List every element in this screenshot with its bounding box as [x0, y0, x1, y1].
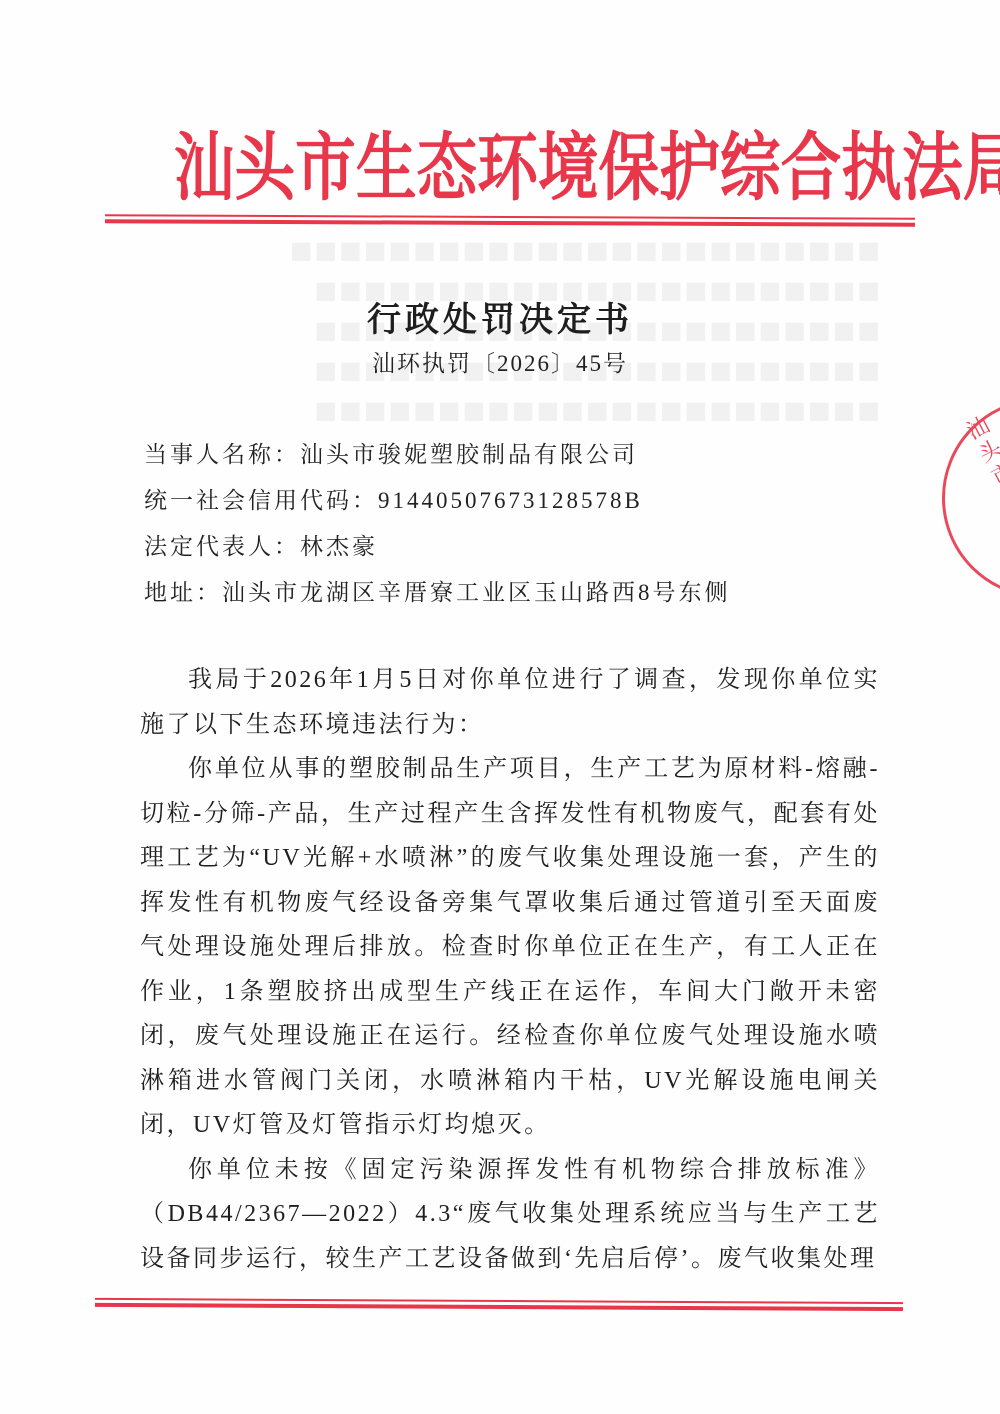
- body-paragraph: 你单位从事的塑胶制品生产项目，生产工艺为原材料-熔融-切粒-分筛-产品，生产过程…: [140, 747, 880, 1148]
- footer-divider: [95, 1298, 903, 1302]
- document-title: 行政处罚决定书: [0, 292, 1000, 341]
- document-page: ■■■■■■■■■■■■■■■■■■■■■■■■■■■■■■■■■■■■■■■■…: [0, 0, 1000, 1414]
- divider-thick-line: [105, 219, 915, 227]
- party-info: 当事人名称：汕头市骏妮塑胶制品有限公司 统一社会信用代码：91440507673…: [144, 432, 864, 616]
- credit-code-value: 91440507673128578B: [378, 488, 643, 513]
- address-label: 地址：: [144, 580, 222, 605]
- party-name-value: 汕头市骏妮塑胶制品有限公司: [300, 442, 638, 467]
- agency-letterhead: 汕头市生态环境保护综合执法局: [174, 118, 846, 218]
- legal-rep-value: 林杰豪: [300, 534, 378, 559]
- credit-code-label: 统一社会信用代码：: [144, 488, 378, 513]
- document-number: 汕环执罚〔2026〕45号: [0, 345, 1000, 378]
- address-row: 地址：汕头市龙湖区辛厝寮工业区玉山路西8号东侧: [144, 570, 864, 616]
- body-paragraph: 我局于2026年1月5日对你单位进行了调查，发现你单位实施了以下生态环境违法行为…: [140, 658, 880, 747]
- document-body: 我局于2026年1月5日对你单位进行了调查，发现你单位实施了以下生态环境违法行为…: [140, 658, 880, 1281]
- legal-rep-row: 法定代表人：林杰豪: [144, 524, 864, 570]
- legal-rep-label: 法定代表人：: [144, 534, 300, 559]
- body-paragraph: 你单位未按《固定污染源挥发性有机物综合排放标准》（DB44/2367—2022）…: [140, 1148, 880, 1282]
- divider-thick-line: [95, 1303, 903, 1311]
- official-seal-stamp: 汕头市生态: [942, 398, 1000, 598]
- party-name-label: 当事人名称：: [144, 442, 300, 467]
- address-value: 汕头市龙湖区辛厝寮工业区玉山路西8号东侧: [222, 580, 731, 605]
- credit-code-row: 统一社会信用代码：91440507673128578B: [144, 478, 864, 524]
- party-name-row: 当事人名称：汕头市骏妮塑胶制品有限公司: [144, 432, 864, 478]
- seal-text: 汕头市生态: [963, 411, 1000, 538]
